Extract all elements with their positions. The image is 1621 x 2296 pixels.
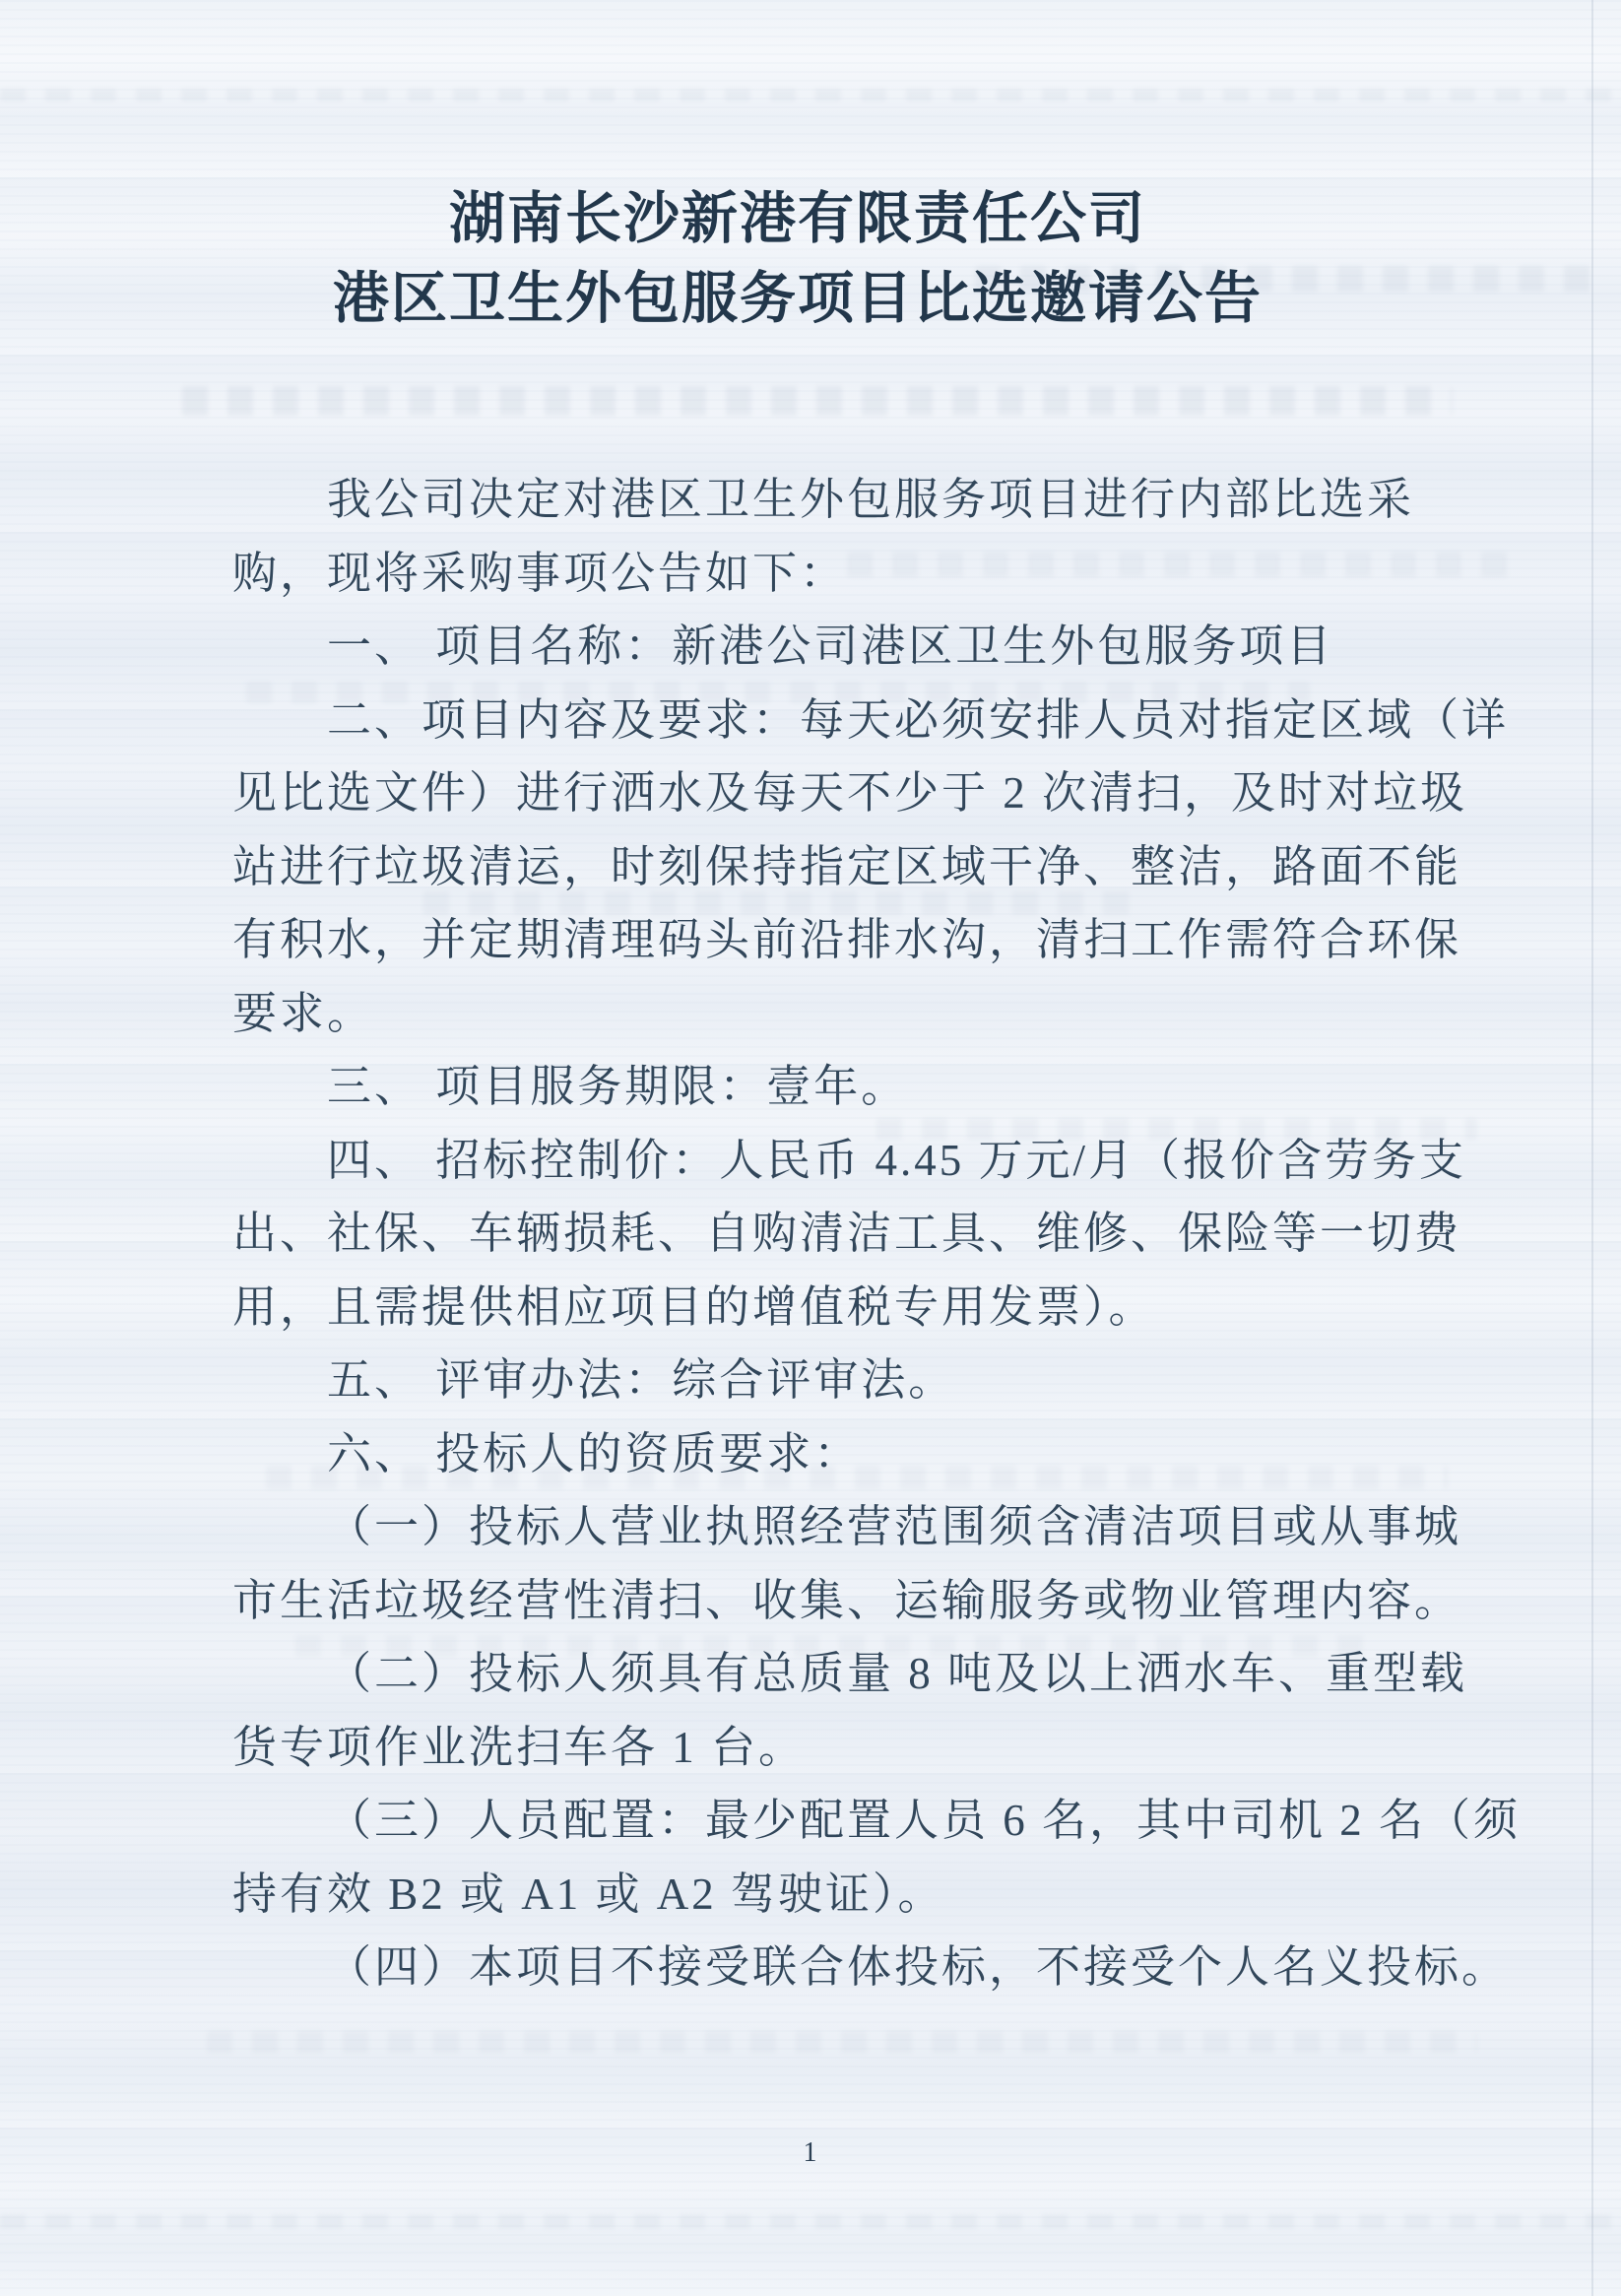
page-number: 1	[0, 2137, 1621, 2169]
document-line: 有积水，并定期清理码头前沿排水沟，清扫工作需符合环保	[232, 903, 1481, 977]
scan-edge-line	[1591, 0, 1593, 2296]
scanned-document-page: 湖南长沙新港有限责任公司 港区卫生外包服务项目比选邀请公告 我公司决定对港区卫生…	[0, 0, 1621, 2296]
document-line: 六、 投标人的资质要求：	[232, 1417, 1481, 1491]
document-line: 市生活垃圾经营性清扫、收集、运输服务或物业管理内容。	[232, 1564, 1481, 1638]
document-line: 出、社保、车辆损耗、自购清洁工具、维修、保险等一切费	[232, 1197, 1481, 1271]
document-line: 三、 项目服务期限：壹年。	[232, 1050, 1481, 1124]
scan-artifact	[207, 2031, 1477, 2053]
document-title-line2: 港区卫生外包服务项目比选邀请公告	[177, 259, 1418, 339]
document-line: 二、项目内容及要求：每天必须安排人员对指定区域（详	[232, 684, 1481, 757]
document-line: 四、 招标控制价：人民币 4.45 万元/月（报价含劳务支	[232, 1124, 1481, 1198]
document-line: 站进行垃圾清运，时刻保持指定区域干净、整洁，路面不能	[232, 830, 1481, 904]
document-line: 购，现将采购事项公告如下：	[232, 537, 1481, 611]
document-line: 用，且需提供相应项目的增值税专用发票）。	[232, 1271, 1481, 1345]
document-line: 我公司决定对港区卫生外包服务项目进行内部比选采	[232, 463, 1481, 537]
scan-artifact	[0, 2214, 1621, 2229]
document-line: 见比选文件）进行洒水及每天不少于 2 次清扫，及时对垃圾	[232, 756, 1481, 830]
document-line: 持有效 B2 或 A1 或 A2 驾驶证）。	[232, 1858, 1481, 1932]
scan-artifact	[182, 386, 1453, 416]
document-line: 货专项作业洗扫车各 1 台。	[232, 1711, 1481, 1785]
scan-artifact	[0, 89, 1621, 101]
document-body: 我公司决定对港区卫生外包服务项目进行内部比选采购，现将采购事项公告如下：一、 项…	[232, 463, 1481, 2004]
document-line: 一、 项目名称：新港公司港区卫生外包服务项目	[232, 610, 1481, 684]
document-line: （二）投标人须具有总质量 8 吨及以上洒水车、重型载	[232, 1637, 1481, 1711]
document-title-line1: 湖南长沙新港有限责任公司	[177, 179, 1418, 259]
document-line: 要求。	[232, 977, 1481, 1051]
document-line: （四）本项目不接受联合体投标，不接受个人名义投标。	[232, 1931, 1481, 2004]
document-line: （三）人员配置：最少配置人员 6 名，其中司机 2 名（须	[232, 1784, 1481, 1858]
document-line: 五、 评审办法：综合评审法。	[232, 1344, 1481, 1417]
document-title: 湖南长沙新港有限责任公司 港区卫生外包服务项目比选邀请公告	[177, 179, 1418, 339]
document-line: （一）投标人营业执照经营范围须含清洁项目或从事城	[232, 1490, 1481, 1564]
